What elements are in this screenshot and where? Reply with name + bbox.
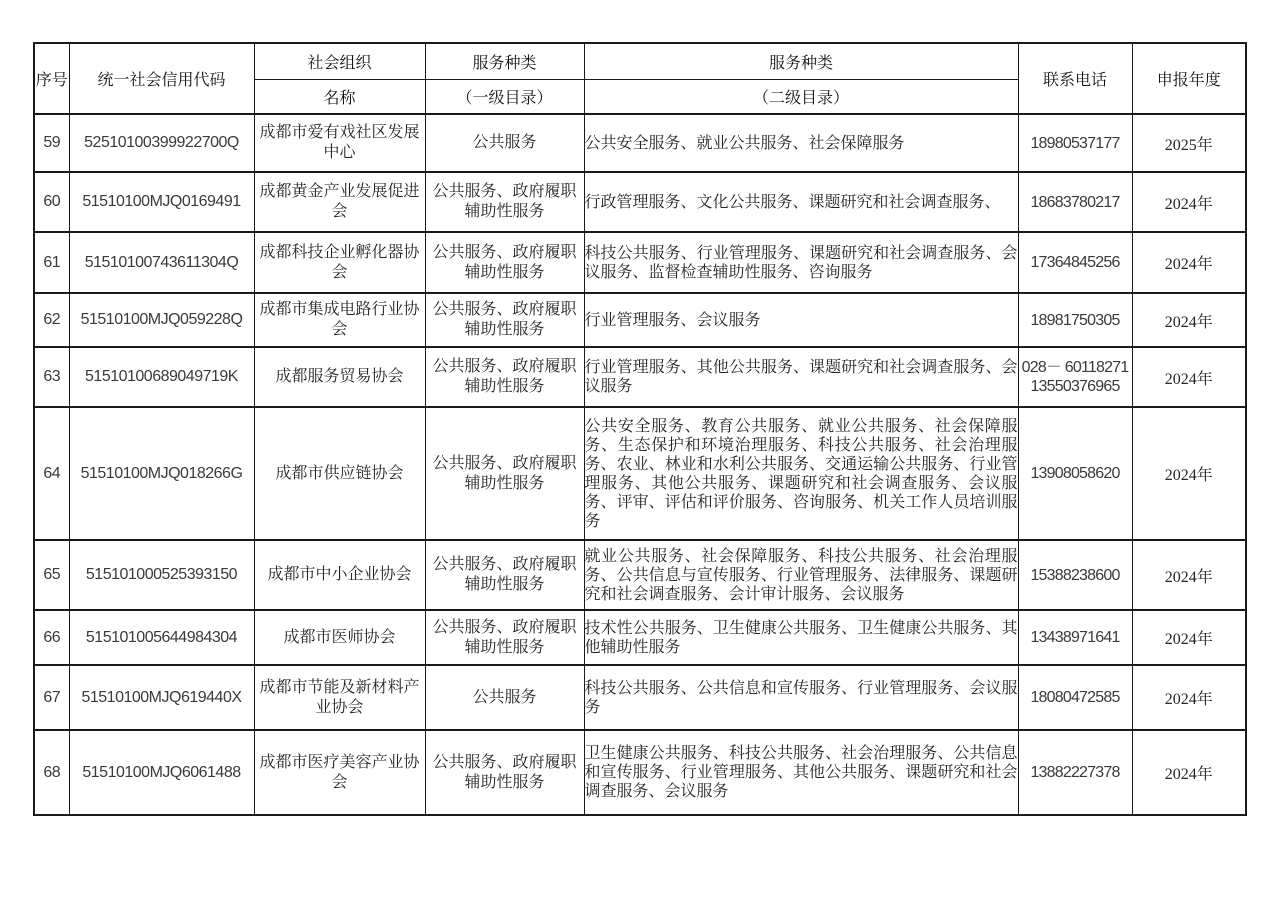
cell-phone: 17364845256 xyxy=(1018,232,1132,293)
cell-service-level2: 行业管理服务、其他公共服务、课题研究和社会调查服务、会议服务 xyxy=(584,347,1018,407)
cell-service-level1: 公共服务、政府履职辅助性服务 xyxy=(425,293,584,347)
table-row: 66 515101005644984304 成都市医师协会 公共服务、政府履职辅… xyxy=(34,610,1246,665)
table-row: 65 515101000525393150 成都市中小企业协会 公共服务、政府履… xyxy=(34,540,1246,610)
cell-org-name: 成都市供应链协会 xyxy=(254,407,425,540)
cell-serial: 62 xyxy=(34,293,69,347)
header-serial: 序号 xyxy=(34,43,69,114)
cell-credit-code: 51510100MJQ059228Q xyxy=(69,293,254,347)
cell-year: 2024年 xyxy=(1132,232,1246,293)
cell-serial: 68 xyxy=(34,730,69,815)
cell-phone: 028－ 60118271 13550376965 xyxy=(1018,347,1132,407)
table-body: 59 52510100399922700Q 成都市爱有戏社区发展中心 公共服务 … xyxy=(34,114,1246,815)
cell-service-level2: 科技公共服务、行业管理服务、课题研究和社会调查服务、会议服务、监督检查辅助性服务… xyxy=(584,232,1018,293)
cell-org-name: 成都市集成电路行业协会 xyxy=(254,293,425,347)
header-org-top: 社会组织 xyxy=(254,43,425,79)
cell-credit-code: 52510100399922700Q xyxy=(69,114,254,172)
header-credit-code: 统一社会信用代码 xyxy=(69,43,254,114)
table-row: 62 51510100MJQ059228Q 成都市集成电路行业协会 公共服务、政… xyxy=(34,293,1246,347)
cell-credit-code: 51510100743611304Q xyxy=(69,232,254,293)
header-year: 申报年度 xyxy=(1132,43,1246,114)
cell-service-level2: 卫生健康公共服务、科技公共服务、社会治理服务、公共信息和宣传服务、行业管理服务、… xyxy=(584,730,1018,815)
cell-service-level2: 行政管理服务、文化公共服务、课题研究和社会调查服务、 xyxy=(584,172,1018,232)
cell-service-level1: 公共服务、政府履职辅助性服务 xyxy=(425,407,584,540)
cell-phone: 13908058620 xyxy=(1018,407,1132,540)
cell-service-level2: 就业公共服务、社会保障服务、科技公共服务、社会治理服务、公共信息与宣传服务、行业… xyxy=(584,540,1018,610)
cell-credit-code: 515101005644984304 xyxy=(69,610,254,665)
cell-credit-code: 515101000525393150 xyxy=(69,540,254,610)
header-org-bottom: 名称 xyxy=(254,79,425,114)
service-org-table: 序号 统一社会信用代码 社会组织 服务种类 服务种类 联系电话 申报年度 名称 … xyxy=(33,42,1247,816)
cell-service-level2: 科技公共服务、公共信息和宣传服务、行业管理服务、会议服务 xyxy=(584,665,1018,730)
cell-phone: 18981750305 xyxy=(1018,293,1132,347)
cell-phone: 13882227378 xyxy=(1018,730,1132,815)
cell-service-level1: 公共服务、政府履职辅助性服务 xyxy=(425,540,584,610)
cell-phone: 18080472585 xyxy=(1018,665,1132,730)
cell-serial: 59 xyxy=(34,114,69,172)
cell-service-level2: 公共安全服务、教育公共服务、就业公共服务、社会保障服务、生态保护和环境治理服务、… xyxy=(584,407,1018,540)
cell-org-name: 成都市医疗美容产业协会 xyxy=(254,730,425,815)
cell-credit-code: 51510100MJQ018266G xyxy=(69,407,254,540)
cell-year: 2025年 xyxy=(1132,114,1246,172)
cell-serial: 64 xyxy=(34,407,69,540)
cell-org-name: 成都市爱有戏社区发展中心 xyxy=(254,114,425,172)
cell-phone: 13438971641 xyxy=(1018,610,1132,665)
cell-year: 2024年 xyxy=(1132,665,1246,730)
cell-phone: 15388238600 xyxy=(1018,540,1132,610)
cell-serial: 60 xyxy=(34,172,69,232)
cell-serial: 61 xyxy=(34,232,69,293)
document-page: 序号 统一社会信用代码 社会组织 服务种类 服务种类 联系电话 申报年度 名称 … xyxy=(0,0,1280,905)
table-row: 60 51510100MJQ0169491 成都黄金产业发展促进会 公共服务、政… xyxy=(34,172,1246,232)
cell-year: 2024年 xyxy=(1132,347,1246,407)
header-svc2-top: 服务种类 xyxy=(584,43,1018,79)
table-row: 63 51510100689049719K 成都服务贸易协会 公共服务、政府履职… xyxy=(34,347,1246,407)
cell-org-name: 成都市医师协会 xyxy=(254,610,425,665)
cell-year: 2024年 xyxy=(1132,407,1246,540)
cell-phone: 18980537177 xyxy=(1018,114,1132,172)
cell-serial: 65 xyxy=(34,540,69,610)
header-svc1-top: 服务种类 xyxy=(425,43,584,79)
cell-credit-code: 51510100MJQ6061488 xyxy=(69,730,254,815)
cell-year: 2024年 xyxy=(1132,540,1246,610)
cell-serial: 67 xyxy=(34,665,69,730)
cell-credit-code: 51510100689049719K xyxy=(69,347,254,407)
cell-service-level1: 公共服务、政府履职辅助性服务 xyxy=(425,172,584,232)
cell-service-level1: 公共服务 xyxy=(425,114,584,172)
cell-service-level2: 技术性公共服务、卫生健康公共服务、卫生健康公共服务、其他辅助性服务 xyxy=(584,610,1018,665)
cell-credit-code: 51510100MJQ0169491 xyxy=(69,172,254,232)
cell-service-level1: 公共服务、政府履职辅助性服务 xyxy=(425,347,584,407)
cell-service-level1: 公共服务、政府履职辅助性服务 xyxy=(425,610,584,665)
header-svc1-bottom: （一级目录） xyxy=(425,79,584,114)
cell-org-name: 成都科技企业孵化器协会 xyxy=(254,232,425,293)
cell-service-level2: 行业管理服务、会议服务 xyxy=(584,293,1018,347)
table-row: 59 52510100399922700Q 成都市爱有戏社区发展中心 公共服务 … xyxy=(34,114,1246,172)
cell-serial: 63 xyxy=(34,347,69,407)
cell-credit-code: 51510100MJQ619440X xyxy=(69,665,254,730)
cell-service-level1: 公共服务、政府履职辅助性服务 xyxy=(425,232,584,293)
cell-year: 2024年 xyxy=(1132,730,1246,815)
cell-org-name: 成都服务贸易协会 xyxy=(254,347,425,407)
cell-org-name: 成都市中小企业协会 xyxy=(254,540,425,610)
cell-phone: 18683780217 xyxy=(1018,172,1132,232)
table-row: 68 51510100MJQ6061488 成都市医疗美容产业协会 公共服务、政… xyxy=(34,730,1246,815)
table-row: 67 51510100MJQ619440X 成都市节能及新材料产业协会 公共服务… xyxy=(34,665,1246,730)
cell-serial: 66 xyxy=(34,610,69,665)
table-row: 61 51510100743611304Q 成都科技企业孵化器协会 公共服务、政… xyxy=(34,232,1246,293)
cell-year: 2024年 xyxy=(1132,172,1246,232)
cell-year: 2024年 xyxy=(1132,293,1246,347)
cell-service-level2: 公共安全服务、就业公共服务、社会保障服务 xyxy=(584,114,1018,172)
cell-org-name: 成都市节能及新材料产业协会 xyxy=(254,665,425,730)
cell-service-level1: 公共服务、政府履职辅助性服务 xyxy=(425,730,584,815)
header-svc2-bottom: （二级目录） xyxy=(584,79,1018,114)
header-phone: 联系电话 xyxy=(1018,43,1132,114)
table-row: 64 51510100MJQ018266G 成都市供应链协会 公共服务、政府履职… xyxy=(34,407,1246,540)
cell-org-name: 成都黄金产业发展促进会 xyxy=(254,172,425,232)
cell-service-level1: 公共服务 xyxy=(425,665,584,730)
cell-year: 2024年 xyxy=(1132,610,1246,665)
table-header: 序号 统一社会信用代码 社会组织 服务种类 服务种类 联系电话 申报年度 名称 … xyxy=(34,43,1246,114)
